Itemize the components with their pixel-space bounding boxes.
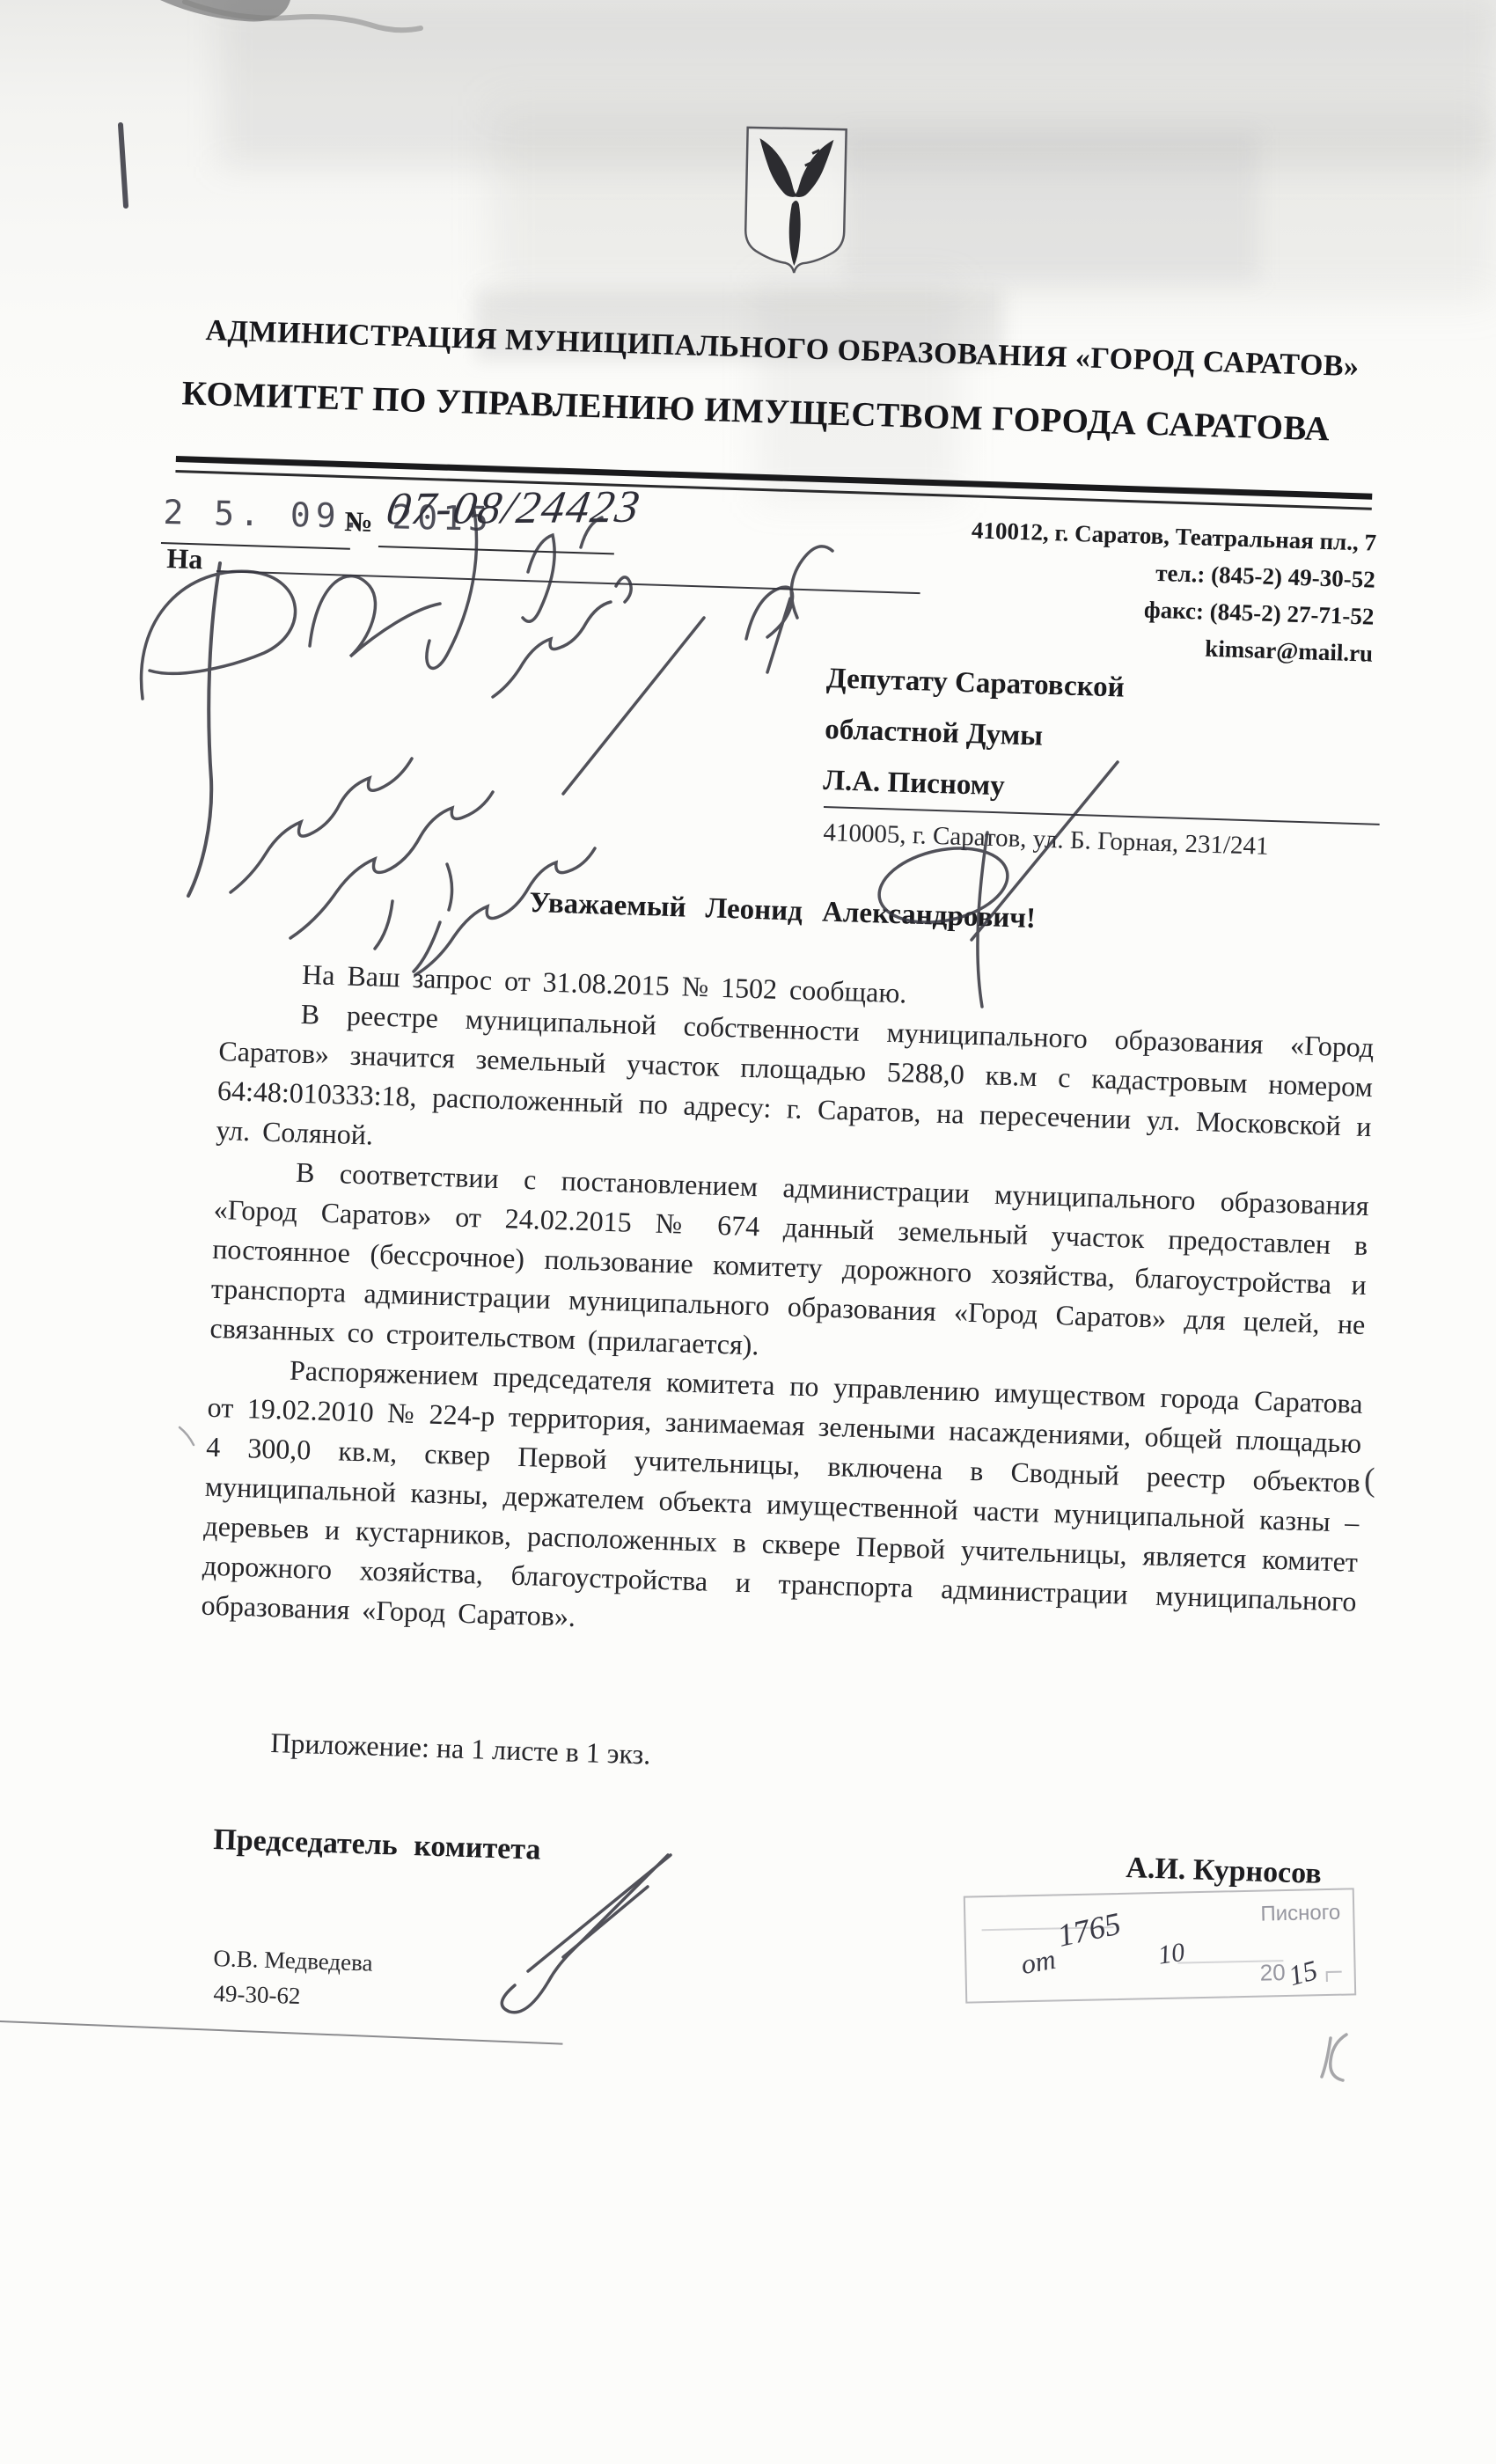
- org-title-line2: КОМИТЕТ ПО УПРАВЛЕНИЮ ИМУЩЕСТВОМ ГОРОДА …: [171, 373, 1342, 450]
- na-label: На: [166, 542, 203, 576]
- scan-noise-ghost-text: [845, 132, 1258, 282]
- stamp-handwritten-extra: 10: [1156, 1938, 1187, 1971]
- scan-noise-top-right: [493, 106, 1496, 299]
- recipient-line-3: Л.А. Писному: [823, 755, 1122, 816]
- na-line: [216, 570, 920, 594]
- scan-line-artifact: [0, 2020, 562, 2045]
- stamp-corner-mark: [1326, 1971, 1342, 1982]
- sender-address-block: 410012, г. Саратов, Театральная пл., 7 т…: [876, 509, 1377, 672]
- salutation: Уважаемый Леонид Александрович!: [529, 887, 1037, 935]
- recipient-line-1: Депутату Саратовской: [825, 653, 1125, 714]
- body-paragraph: Распоряжением председателя комитета по у…: [201, 1348, 1363, 1661]
- recipient-block: Депутату Саратовской областной Думы Л.А.…: [823, 653, 1126, 816]
- recipient-address: 410005, г. Саратов, ул. Б. Горная, 231/2…: [823, 818, 1269, 862]
- stamp-year-prefix: 20: [1259, 1959, 1286, 1987]
- stamp-handwritten-year: 15: [1285, 1954, 1321, 1992]
- scan-noise-top: [220, 0, 1496, 167]
- number-underline: [378, 546, 614, 554]
- executor-name: О.В. Медведева: [213, 1945, 373, 1977]
- org-title-line1: АДМИНИСТРАЦИЯ МУНИЦИПАЛЬНОГО ОБРАЗОВАНИЯ…: [175, 313, 1390, 385]
- incoming-stamp: Писного от 1765 10 20 15: [964, 1888, 1356, 2003]
- signer-position: Председатель комитета: [213, 1823, 541, 1867]
- body-paragraph: В соответствии с постановлением админист…: [209, 1150, 1369, 1384]
- number-label: №: [344, 505, 373, 539]
- letter-body: На Ваш запрос от 31.08.2015 № 1502 сообщ…: [201, 952, 1375, 1661]
- handwritten-reg-number: 07-08/24423: [383, 481, 645, 536]
- scanned-letter-page: АДМИНИСТРАЦИЯ МУНИЦИПАЛЬНОГО ОБРАЗОВАНИЯ…: [0, 0, 1496, 2464]
- signer-name: А.И. Курносов: [1126, 1852, 1323, 1891]
- stray-mark: (: [1364, 1461, 1375, 1500]
- attachment-line: Приложение: на 1 листе в 1 экз.: [270, 1727, 651, 1771]
- stamp-handwritten-from: от: [1018, 1943, 1058, 1981]
- recipient-line-2: областной Думы: [824, 704, 1123, 765]
- incoming-stamp-name: Писного: [1260, 1901, 1340, 1927]
- saratov-coat-of-arms-icon: [736, 122, 855, 276]
- stamp-handwritten-number: 1765: [1054, 1905, 1124, 1954]
- executor-phone: 49-30-62: [213, 1980, 301, 2010]
